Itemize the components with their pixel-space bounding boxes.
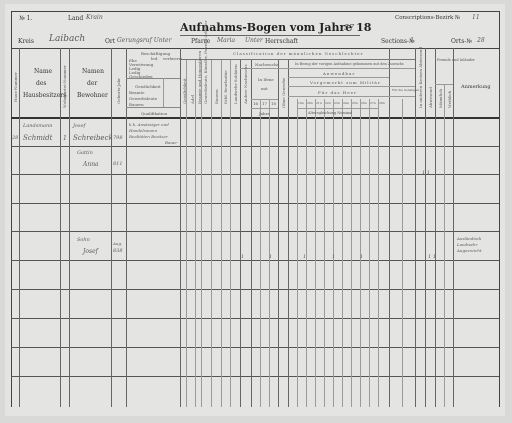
sections-value: 1 xyxy=(410,37,414,44)
kreis-label: Kreis xyxy=(18,38,34,45)
entry-partei: 1 xyxy=(63,135,67,142)
col-line xyxy=(240,59,241,407)
herrschaft-label: Herrschaft xyxy=(265,38,298,45)
header-namen-1: Namen xyxy=(82,68,104,75)
col-line xyxy=(251,59,252,407)
entry-jahr: 798 xyxy=(113,135,123,141)
col-line xyxy=(278,59,279,407)
herrschaft-prefix: Unter xyxy=(245,37,263,44)
kreis-value: Laibach xyxy=(49,34,85,44)
header-geburtsjahr: Geburts-Jahr xyxy=(116,78,121,104)
conscription-label: Conscriptions-Bezirk № xyxy=(395,15,460,21)
conscription-value: 11 xyxy=(472,14,480,21)
entry-haus-nr: 28 xyxy=(12,135,18,141)
census-form-sheet: № 1. Land Krain Aufnahms-Bogen vom Jahre… xyxy=(5,4,505,416)
col-line xyxy=(415,48,416,407)
entry-bewohner-vorname: Gattin xyxy=(77,150,93,156)
entry-besitzer-name: Schmidt xyxy=(23,134,52,142)
entry-bewohner-vorname: Sohn xyxy=(77,237,90,243)
col-line xyxy=(69,48,70,407)
land-value: Krain xyxy=(86,14,103,21)
col-line xyxy=(60,48,61,407)
header-nachwuchs: Nachwuchs xyxy=(255,62,279,67)
header-wohnpartei: Wohnpartei-Nummer xyxy=(62,65,67,108)
col-line xyxy=(453,48,454,407)
orts-value: 28 xyxy=(477,37,485,44)
frame-right xyxy=(499,11,500,407)
col-line xyxy=(288,59,289,407)
header-name-3: Hausbesitzers xyxy=(23,92,66,99)
ort-value: Gerungsruf Unter xyxy=(117,37,171,44)
col-line xyxy=(425,48,426,407)
entry-bewohner-vorname: Josef xyxy=(73,123,85,129)
header-namen-2: der xyxy=(87,80,97,87)
ort-label: Ort xyxy=(105,38,115,45)
year-value: 57 xyxy=(344,23,354,32)
form-title: Aufnahms-Bogen vom Jahre 18 xyxy=(180,21,371,34)
header-namen-3: Bewohner xyxy=(77,92,108,99)
entry-bewohner-name: Josef xyxy=(83,248,98,255)
pfarre-value: Maria xyxy=(217,37,235,44)
entry-bewohner-name: Anna xyxy=(83,161,99,168)
col-line xyxy=(389,48,390,407)
frame-top xyxy=(11,11,499,12)
header-classification: Classification der männlichen Geschlecht… xyxy=(233,51,363,56)
header-name-2: des xyxy=(36,80,46,87)
entry-bewohner-name: Schreibeck xyxy=(73,134,113,142)
form-number: № 1. xyxy=(19,15,32,22)
col-line xyxy=(180,48,181,407)
col-line xyxy=(126,48,127,407)
entry-jahr-note: Aug. xyxy=(113,241,122,246)
land-label: Land xyxy=(68,15,83,22)
col-line xyxy=(19,48,20,407)
header-qualifikation: Qualifikation xyxy=(141,111,167,116)
entry-marks: 1 1 xyxy=(422,170,430,176)
orts-label: Orts-№ xyxy=(451,38,472,45)
header-anmerkung: Anmerkung xyxy=(461,84,491,90)
entry-jahr: 838 xyxy=(113,248,123,254)
header-name-1: Name xyxy=(34,68,52,75)
entry-besitzer-vorname: Landsmann xyxy=(23,123,52,129)
entry-jahr: 811 xyxy=(113,161,123,167)
col-line xyxy=(435,48,436,407)
header-haus-nummer: Haus-Nummer xyxy=(13,72,18,102)
col-line xyxy=(111,48,112,407)
